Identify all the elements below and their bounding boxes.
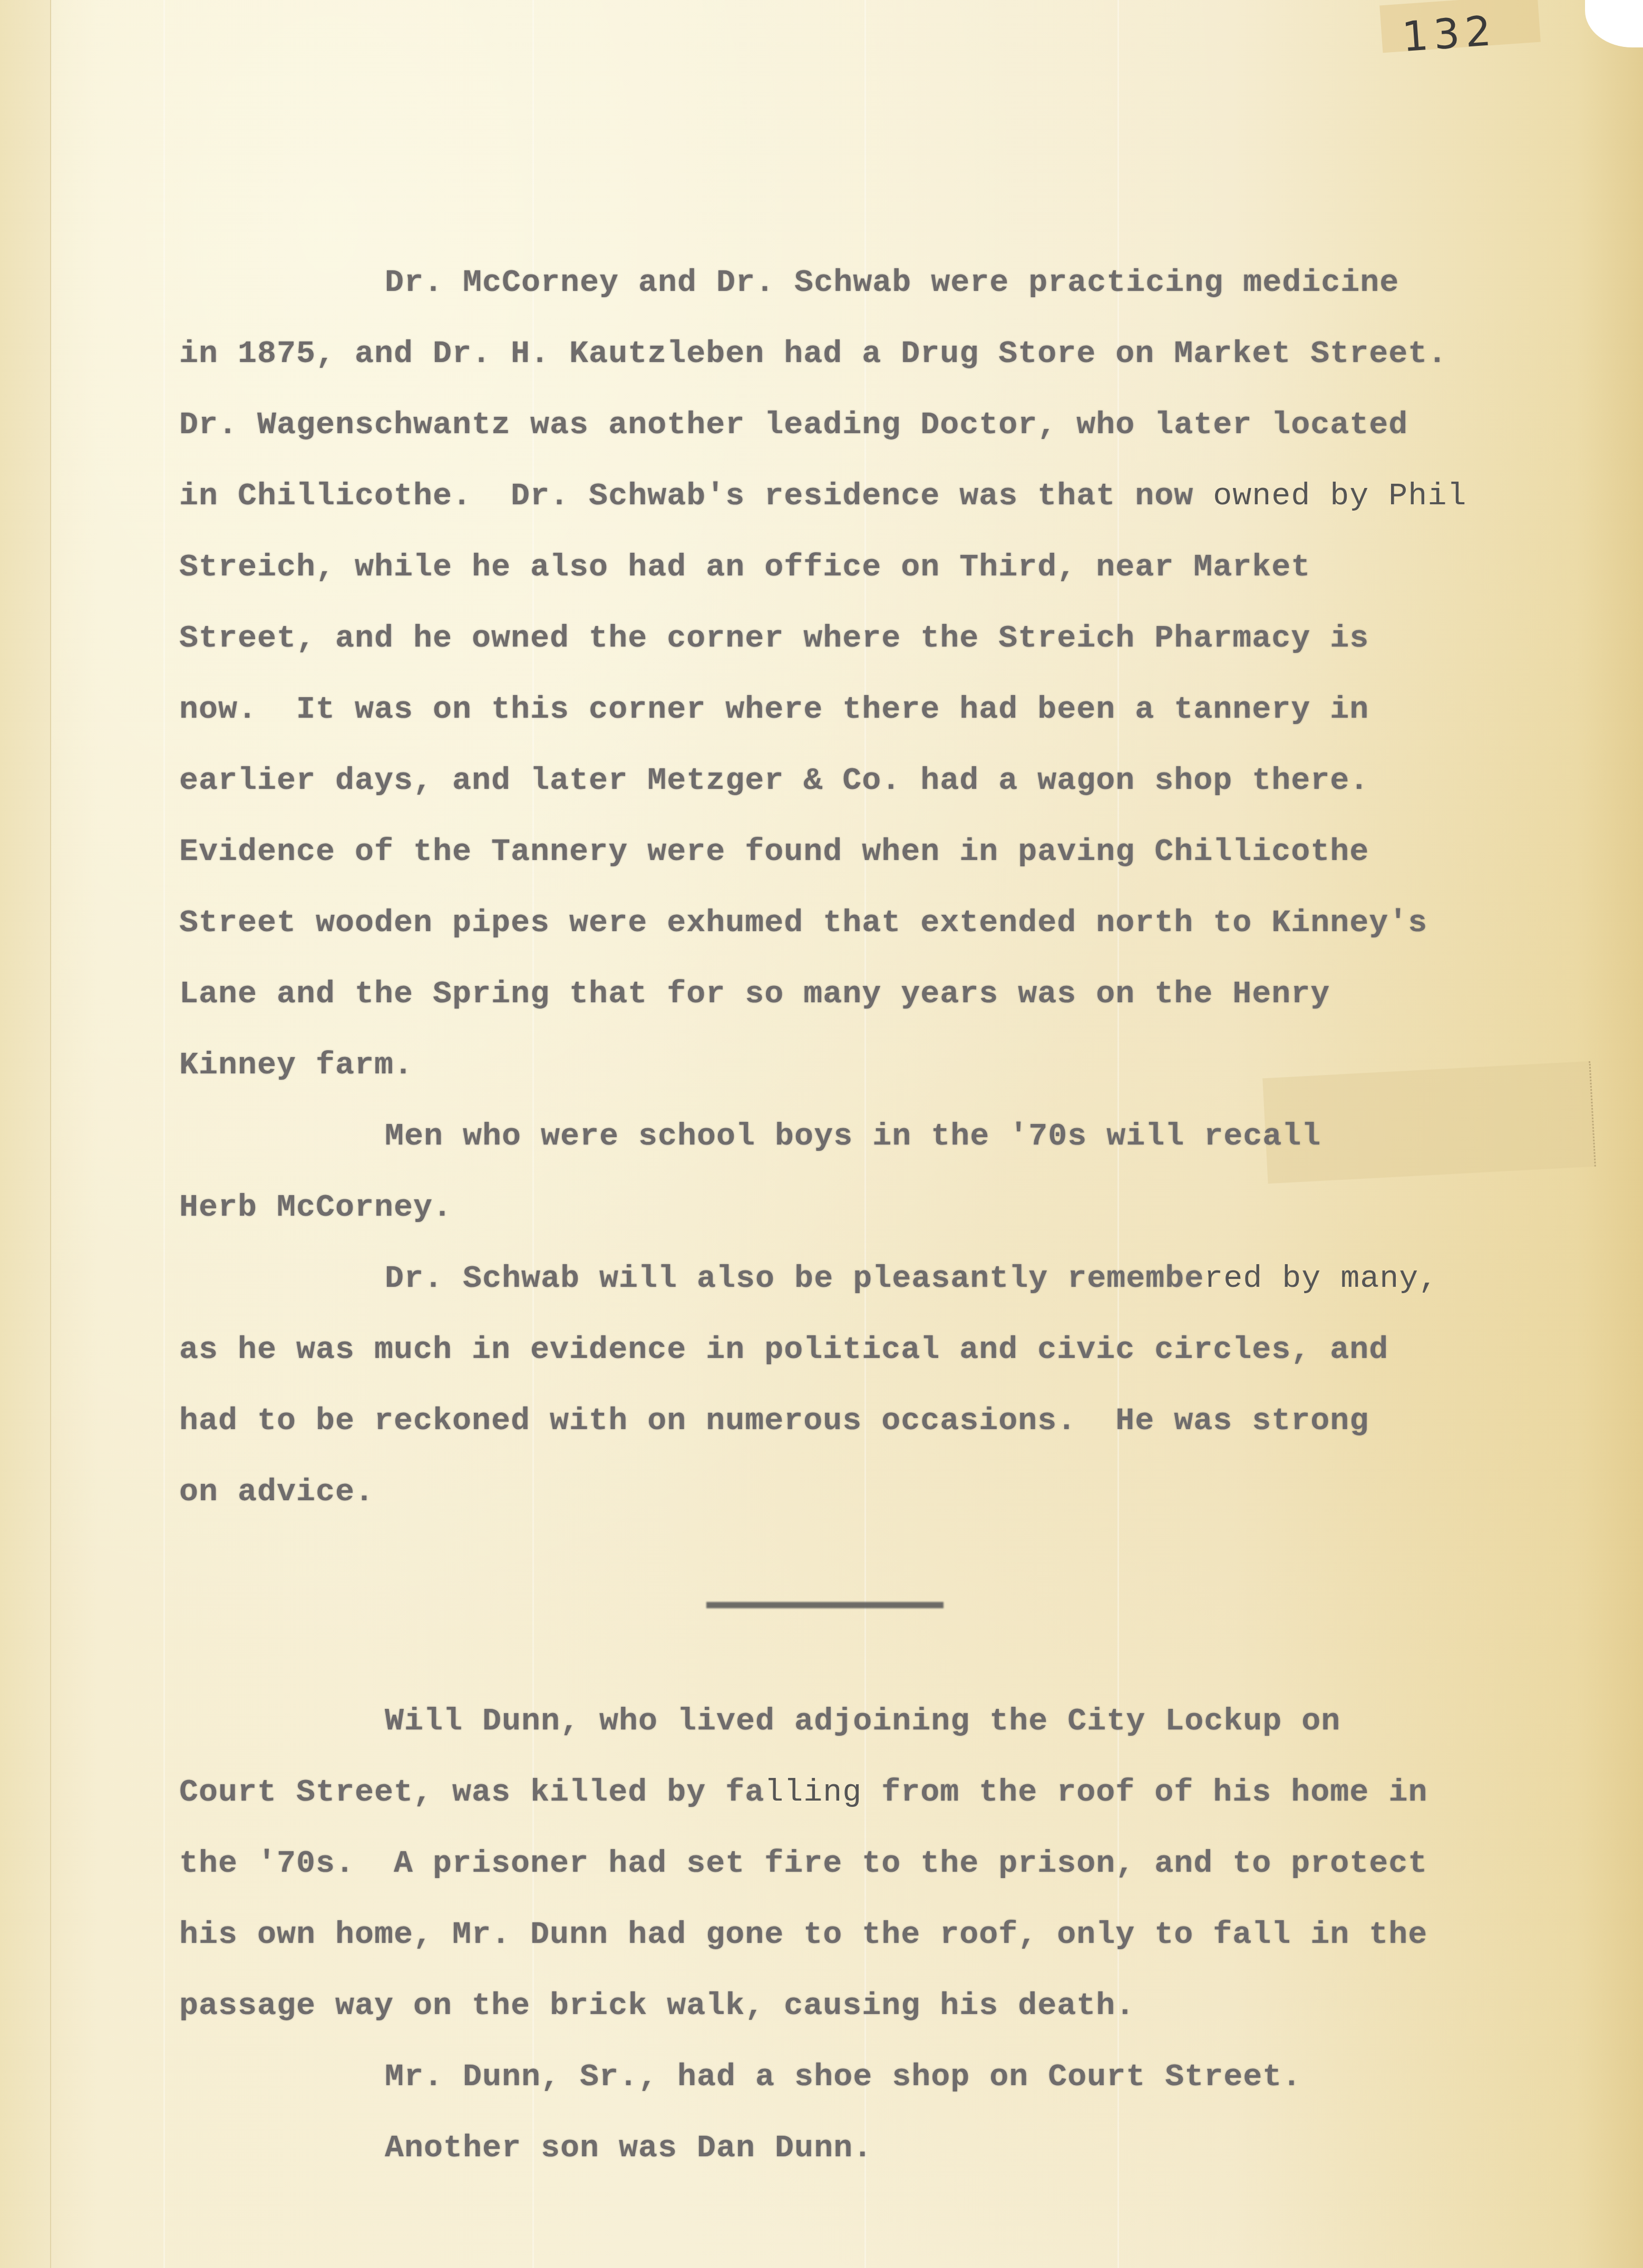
text-line: Street, and he owned the corner where th… — [179, 603, 1571, 674]
text-line: passage way on the brick walk, causing h… — [179, 1971, 1571, 2042]
text-line: Lane and the Spring that for so many yea… — [179, 959, 1571, 1030]
document-page: 132 Dr. McCorney and Dr. Schwab were pra… — [0, 0, 1643, 2268]
text-line: Dr. Schwab will also be pleasantly remem… — [179, 1244, 1571, 1315]
text-line: Streich, while he also had an office on … — [179, 532, 1571, 603]
text-line: Street wooden pipes were exhumed that ex… — [179, 888, 1571, 959]
typed-section-2: Will Dunn, who lived adjoining the City … — [179, 1686, 1571, 2184]
retyped-text: owned by Phil — [1213, 478, 1466, 514]
text-line: Men who were school boys in the '70s wil… — [179, 1101, 1571, 1172]
text-line: Kinney farm. — [179, 1030, 1571, 1101]
text-line: as he was much in evidence in political … — [179, 1315, 1571, 1386]
torn-corner — [1585, 0, 1643, 47]
text-line: Will Dunn, who lived adjoining the City … — [179, 1686, 1571, 1757]
text-line: Dr. McCorney and Dr. Schwab were practic… — [179, 248, 1571, 319]
text-line: his own home, Mr. Dunn had gone to the r… — [179, 1900, 1571, 1971]
text-line: in Chillicothe. Dr. Schwab's residence w… — [179, 461, 1571, 532]
text-line: the '70s. A prisoner had set fire to the… — [179, 1829, 1571, 1900]
text-line: Evidence of the Tannery were found when … — [179, 817, 1571, 888]
retyped-text: red by many, — [1204, 1261, 1438, 1297]
text-line: Herb McCorney. — [179, 1172, 1571, 1244]
paper-crease — [163, 0, 165, 2268]
handwritten-page-number: 132 — [1401, 7, 1498, 61]
text-line: Dr. Wagenschwantz was another leading Do… — [179, 390, 1571, 461]
text-line: now. It was on this corner where there h… — [179, 674, 1571, 746]
typed-section-1: Dr. McCorney and Dr. Schwab were practic… — [179, 248, 1571, 1528]
text-line: on advice. — [179, 1457, 1571, 1528]
retyped-text: lling — [764, 1775, 862, 1811]
section-divider — [706, 1602, 944, 1608]
text-line: Another son was Dan Dunn. — [179, 2113, 1571, 2184]
text-line: in 1875, and Dr. H. Kautzleben had a Dru… — [179, 319, 1571, 390]
text-line: Mr. Dunn, Sr., had a shoe shop on Court … — [179, 2042, 1571, 2113]
text-line: earlier days, and later Metzger & Co. ha… — [179, 746, 1571, 817]
text-line: had to be reckoned with on numerous occa… — [179, 1386, 1571, 1457]
text-line: Court Street, was killed by falling from… — [179, 1757, 1571, 1829]
sheet-left-edge — [0, 0, 51, 2268]
